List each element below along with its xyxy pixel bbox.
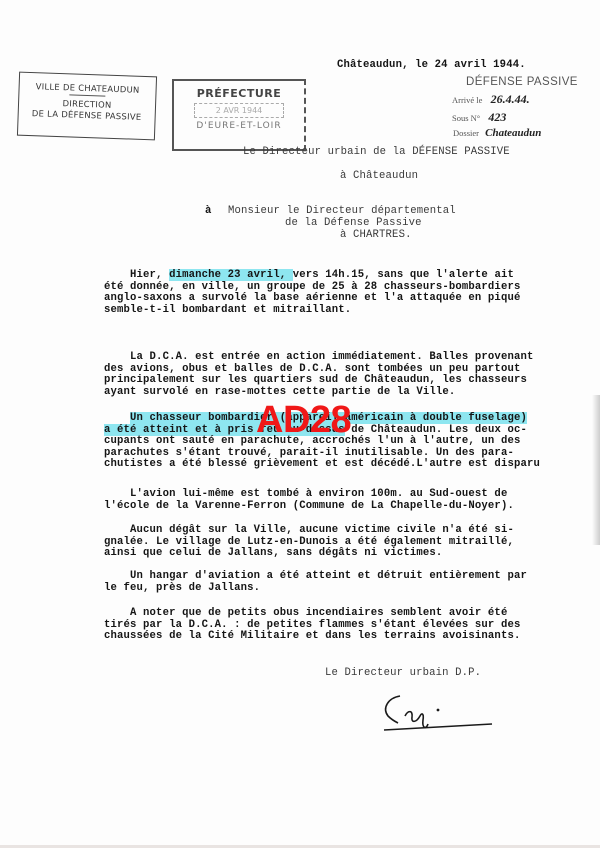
text-segment: vers 14h.15, sans que l'alerte ait (293, 269, 514, 281)
text-segment: A noter que de petits obus incendiaires … (104, 607, 507, 619)
paragraph-line: le feu, près de Jallans. (104, 583, 564, 595)
arrived-value: 26.4.44. (491, 92, 530, 106)
text-segment: ayant survolé en rase-mottes cette parti… (104, 386, 455, 398)
text-segment: chaussées de la Cité Militaire et dans l… (104, 630, 520, 642)
city-defense-stamp: VILLE DE CHATEAUDUN DIRECTION DE LA DÉFE… (17, 72, 157, 141)
recipient-prefix: à (205, 205, 212, 217)
arrived-label: Arrivé le (452, 95, 482, 105)
scan-edge-shadow (592, 395, 600, 545)
stamp-city-line1: VILLE DE CHATEAUDUN (19, 81, 155, 96)
prefecture-stamp: PRÉFECTURE 2 AVR 1944 D'EURE-ET-LOIR (172, 79, 306, 151)
text-segment: La D.C.A. est entrée en action immédiate… (104, 351, 533, 363)
paragraph-line: ayant survolé en rase-mottes cette parti… (104, 387, 564, 399)
body-paragraph: A noter que de petits obus incendiaires … (104, 608, 564, 643)
handwritten-signature (380, 690, 500, 740)
paragraph-line: l'école de la Varenne-Ferron (Commune de… (104, 501, 564, 513)
text-segment: tirés par la D.C.A. : de petites flammes… (104, 619, 520, 631)
body-paragraph: Aucun dégât sur la Ville, aucune victime… (104, 525, 564, 560)
text-segment: principalement sur les quartiers sud de … (104, 374, 527, 386)
text-segment: chutistes a été blessé grièvement et est… (104, 458, 540, 470)
text-segment: gnalée. Le village de Lutz-en-Dunois a é… (104, 536, 514, 548)
body-paragraph: La D.C.A. est entrée en action immédiate… (104, 352, 564, 398)
body-paragraph: Un hangar d'aviation a été atteint et dé… (104, 571, 564, 594)
text-segment: anglo-saxons a survolé la base aérienne … (104, 292, 520, 304)
number-label: Sous N° (452, 113, 480, 123)
text-segment (104, 412, 130, 424)
paragraph-line: ainsi que celui de Jallans, sans dégâts … (104, 548, 564, 560)
recipient-line-2: de la Défense Passive (285, 217, 422, 229)
archive-watermark: AD28 (256, 401, 351, 439)
text-segment: Aucun dégât sur la Ville, aucune victime… (104, 524, 514, 536)
prefecture-stamp-date: 2 AVR 1944 (194, 103, 284, 118)
highlighted-text: dimanche 23 avril, (169, 269, 293, 281)
file-value: Chateaudun (485, 127, 541, 139)
sender-line-2: à Châteaudun (340, 170, 418, 182)
text-segment: L'avion lui-même est tombé à environ 100… (104, 488, 507, 500)
letter-dateline: Châteaudun, le 24 avril 1944. (337, 59, 526, 71)
paragraph-line: semble-t-il bombardant et mitraillant. (104, 305, 564, 317)
text-segment: semble-t-il bombardant et mitraillant. (104, 304, 351, 316)
closing-signature-line: Le Directeur urbain D.P. (325, 667, 481, 679)
registration-arrived-row: Arrivé le 26.4.44. (452, 92, 530, 107)
paragraph-line: chutistes a été blessé grièvement et est… (104, 459, 564, 471)
paragraph-line: chaussées de la Cité Militaire et dans l… (104, 631, 564, 643)
registration-number-row: Sous N° 423 (452, 110, 506, 125)
text-segment: de Châteaudun. Les deux oc- (345, 424, 527, 436)
number-value: 423 (488, 110, 506, 124)
recipient-line-1: Monsieur le Directeur départemental (228, 205, 456, 217)
text-segment: ainsi que celui de Jallans, sans dégâts … (104, 547, 442, 559)
registration-stamp-header: DÉFENSE PASSIVE (466, 76, 578, 88)
body-paragraph: L'avion lui-même est tombé à environ 100… (104, 489, 564, 512)
body-paragraph: Hier, dimanche 23 avril, vers 14h.15, sa… (104, 270, 564, 316)
file-label: Dossier (453, 128, 479, 138)
prefecture-stamp-dept: D'EURE-ET-LOIR (174, 121, 304, 131)
text-segment: été donnée, en ville, un groupe de 25 à … (104, 281, 520, 293)
text-segment: le feu, près de Jallans. (104, 582, 260, 594)
archive-document-page: VILLE DE CHATEAUDUN DIRECTION DE LA DÉFE… (0, 0, 600, 848)
recipient-line-3: à CHARTRES. (340, 229, 412, 241)
prefecture-stamp-title: PRÉFECTURE (174, 87, 304, 100)
sender-line-1: Le Directeur urbain de la DÉFENSE PASSIV… (243, 146, 510, 158)
stamp-divider (69, 94, 105, 96)
registration-file-row: Dossier Chateaudun (453, 127, 541, 139)
text-segment: des avions, obus et balles de D.C.A. son… (104, 363, 520, 375)
text-segment: Un hangar d'aviation a été atteint et dé… (104, 570, 527, 582)
text-segment: Hier, (104, 269, 169, 281)
text-segment: parachutes s'étant trouvé, parait-il inu… (104, 447, 514, 459)
text-segment: l'école de la Varenne-Ferron (Commune de… (104, 500, 514, 512)
